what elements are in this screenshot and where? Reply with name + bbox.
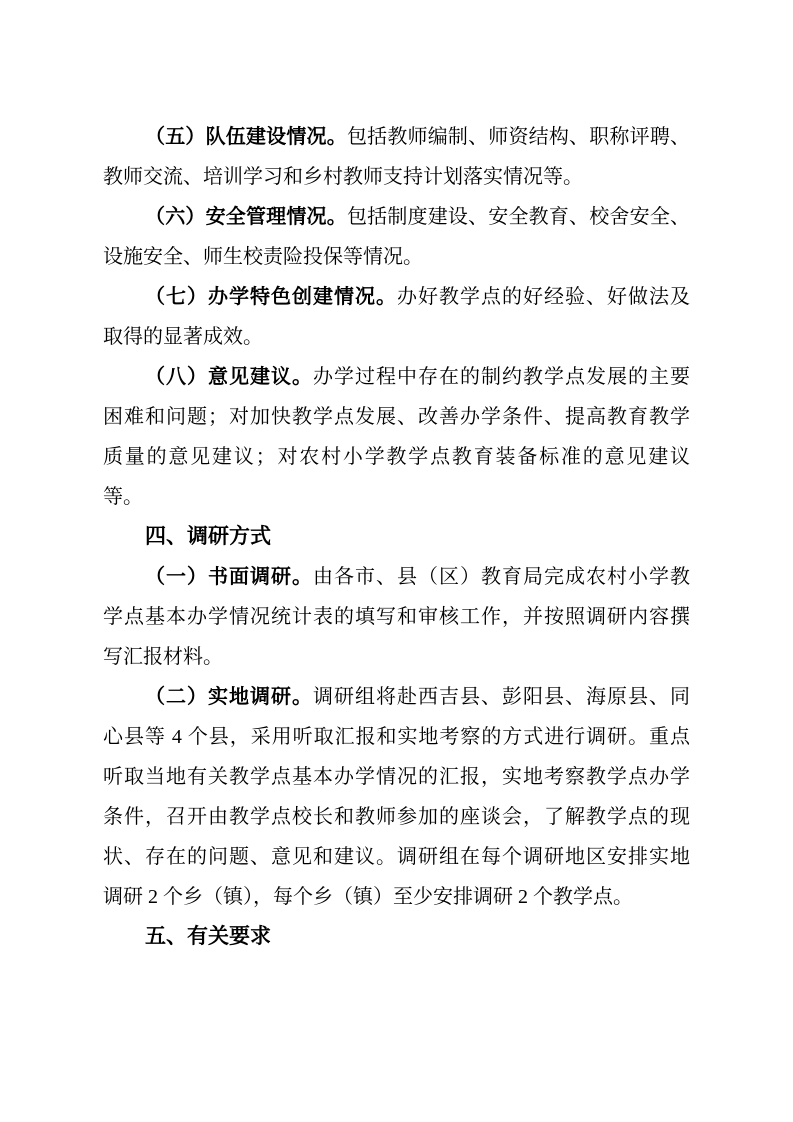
paragraph-5-text-cont: 教师交流、培训学习和乡村教师支持计划落实情况等。 xyxy=(103,166,583,188)
paragraph-4-2-line-6: 调研 2 个乡（镇），每个乡（镇）至少安排调研 2 个教学点。 xyxy=(103,877,690,917)
paragraph-8-line-2: 困难和问题；对加快教学点发展、改善办学条件、提高教育教学 xyxy=(103,397,690,437)
paragraph-4-2-text-cont-5: 调研 2 个乡（镇），每个乡（镇）至少安排调研 2 个教学点。 xyxy=(103,886,633,908)
paragraph-4-2-line-4: 条件，召开由教学点校长和教师参加的座谈会，了解教学点的现 xyxy=(103,797,690,837)
paragraph-4-2-text-cont: 心县等 4 个县，采用听取汇报和实地考察的方式进行调研。重点 xyxy=(103,726,690,748)
paragraph-7-lead: （七）办学特色创建情况。 xyxy=(145,286,397,308)
paragraph-4-2-text: 调研组将赴西吉县、彭阳县、海原县、同 xyxy=(313,686,690,708)
paragraph-6-text-cont: 设施安全、师生校责险投保等情况。 xyxy=(103,246,423,268)
document-body: （五）队伍建设情况。包括教师编制、师资结构、职称评聘、 教师交流、培训学习和乡村… xyxy=(103,117,690,957)
paragraph-8-text: 办学过程中存在的制约教学点发展的主要 xyxy=(313,366,690,388)
paragraph-4-2-line-1: （二）实地调研。调研组将赴西吉县、彭阳县、海原县、同 xyxy=(103,677,690,717)
paragraph-8-text-cont-2: 质量的意见建议；对农村小学教学点教育装备标准的意见建议 xyxy=(103,446,690,468)
paragraph-8-line-3: 质量的意见建议；对农村小学教学点教育装备标准的意见建议 xyxy=(103,437,690,477)
paragraph-8-lead: （八）意见建议。 xyxy=(145,366,313,388)
paragraph-7-text: 办好教学点的好经验、好做法及 xyxy=(397,286,690,308)
paragraph-7-text-cont: 取得的显著成效。 xyxy=(103,326,263,348)
paragraph-6-lead: （六）安全管理情况。 xyxy=(145,206,347,228)
paragraph-4-1-text-cont: 学点基本办学情况统计表的填写和审核工作，并按照调研内容撰 xyxy=(103,606,690,628)
paragraph-4-1-line-1: （一）书面调研。由各市、县（区）教育局完成农村小学教 xyxy=(103,557,690,597)
paragraph-4-2-line-3: 听取当地有关教学点基本办学情况的汇报，实地考察教学点办学 xyxy=(103,757,690,797)
paragraph-4-2-line-5: 状、存在的问题、意见和建议。调研组在每个调研地区安排实地 xyxy=(103,837,690,877)
paragraph-4-2-text-cont-3: 条件，召开由教学点校长和教师参加的座谈会，了解教学点的现 xyxy=(103,806,690,828)
paragraph-7-line-1: （七）办学特色创建情况。办好教学点的好经验、好做法及 xyxy=(103,277,690,317)
document-page: （五）队伍建设情况。包括教师编制、师资结构、职称评聘、 教师交流、培训学习和乡村… xyxy=(0,0,793,1122)
paragraph-4-2-text-cont-2: 听取当地有关教学点基本办学情况的汇报，实地考察教学点办学 xyxy=(103,766,690,788)
paragraph-6-line-2: 设施安全、师生校责险投保等情况。 xyxy=(103,237,690,277)
section-heading-5: 五、有关要求 xyxy=(103,917,690,957)
section-heading-5-label: 五、有关要求 xyxy=(145,925,271,948)
paragraph-8-line-1: （八）意见建议。办学过程中存在的制约教学点发展的主要 xyxy=(103,357,690,397)
paragraph-6-line-1: （六）安全管理情况。包括制度建设、安全教育、校舍安全、 xyxy=(103,197,690,237)
paragraph-8-text-cont: 困难和问题；对加快教学点发展、改善办学条件、提高教育教学 xyxy=(103,406,690,428)
paragraph-4-1-line-2: 学点基本办学情况统计表的填写和审核工作，并按照调研内容撰 xyxy=(103,597,690,637)
paragraph-5-line-1: （五）队伍建设情况。包括教师编制、师资结构、职称评聘、 xyxy=(103,117,690,157)
paragraph-8-line-4: 等。 xyxy=(103,477,690,517)
paragraph-6-text: 包括制度建设、安全教育、校舍安全、 xyxy=(347,206,690,228)
paragraph-4-1-line-3: 写汇报材料。 xyxy=(103,637,690,677)
paragraph-5-line-2: 教师交流、培训学习和乡村教师支持计划落实情况等。 xyxy=(103,157,690,197)
paragraph-7-line-2: 取得的显著成效。 xyxy=(103,317,690,357)
paragraph-4-2-lead: （二）实地调研。 xyxy=(145,686,313,708)
paragraph-4-2-line-2: 心县等 4 个县，采用听取汇报和实地考察的方式进行调研。重点 xyxy=(103,717,690,757)
paragraph-5-lead: （五）队伍建设情况。 xyxy=(145,126,347,148)
paragraph-5-text: 包括教师编制、师资结构、职称评聘、 xyxy=(347,126,690,148)
paragraph-4-1-lead: （一）书面调研。 xyxy=(145,566,313,588)
paragraph-4-2-text-cont-4: 状、存在的问题、意见和建议。调研组在每个调研地区安排实地 xyxy=(103,846,690,868)
section-heading-4-label: 四、调研方式 xyxy=(145,525,271,548)
paragraph-4-1-text: 由各市、县（区）教育局完成农村小学教 xyxy=(313,566,690,588)
paragraph-8-text-cont-3: 等。 xyxy=(103,486,143,508)
section-heading-4: 四、调研方式 xyxy=(103,517,690,557)
paragraph-4-1-text-cont-2: 写汇报材料。 xyxy=(103,646,223,668)
